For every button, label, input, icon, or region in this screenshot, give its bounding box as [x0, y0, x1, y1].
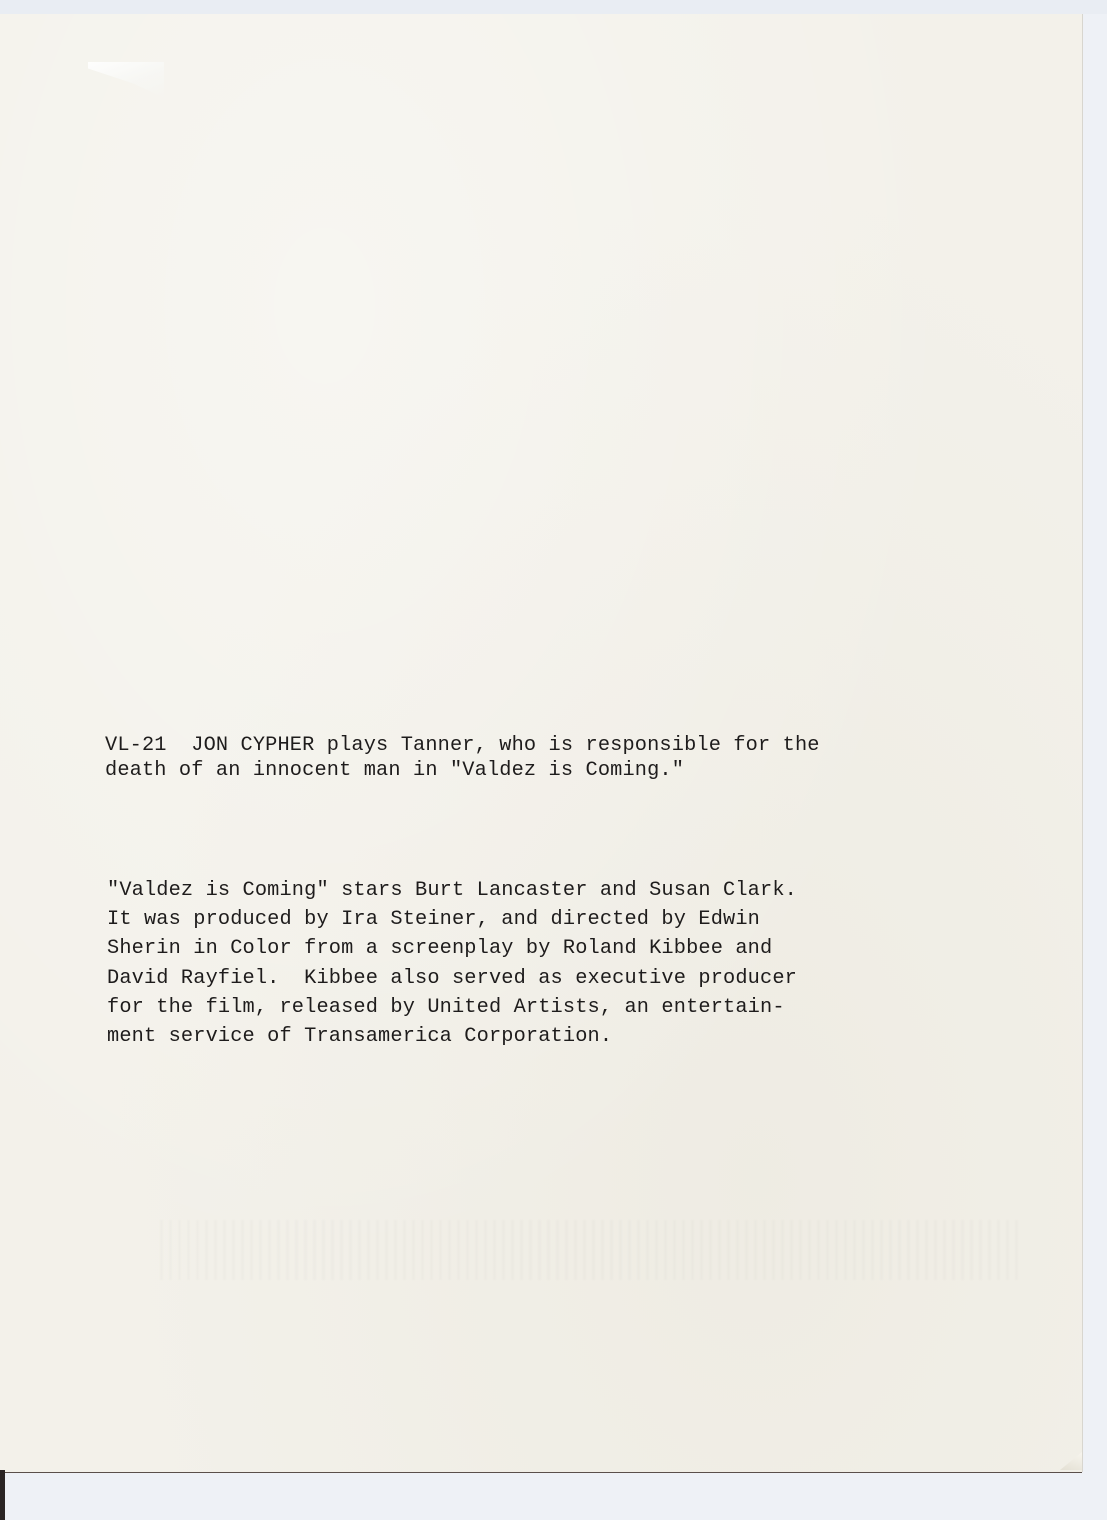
faint-show-through-text: [160, 1220, 1020, 1280]
caption-line: VL-21 JON CYPHER plays Tanner, who is re…: [105, 734, 1005, 759]
credits-line: ment service of Transamerica Corporation…: [107, 1022, 1007, 1051]
credits-line: "Valdez is Coming" stars Burt Lancaster …: [107, 876, 1007, 905]
credits-line: for the film, released by United Artists…: [107, 993, 1007, 1022]
film-credits-paragraph: "Valdez is Coming" stars Burt Lancaster …: [107, 876, 1007, 1051]
scanner-background-top: [0, 0, 1107, 14]
credits-line: It was produced by Ira Steiner, and dire…: [107, 905, 1007, 934]
photo-caption: VL-21 JON CYPHER plays Tanner, who is re…: [105, 734, 1005, 783]
credits-line: Sherin in Color from a screenplay by Rol…: [107, 934, 1007, 963]
credits-line: David Rayfiel. Kibbee also served as exe…: [107, 964, 1007, 993]
caption-line: death of an innocent man in "Valdez is C…: [105, 759, 1005, 784]
page-edge-shadow: [0, 1470, 5, 1520]
